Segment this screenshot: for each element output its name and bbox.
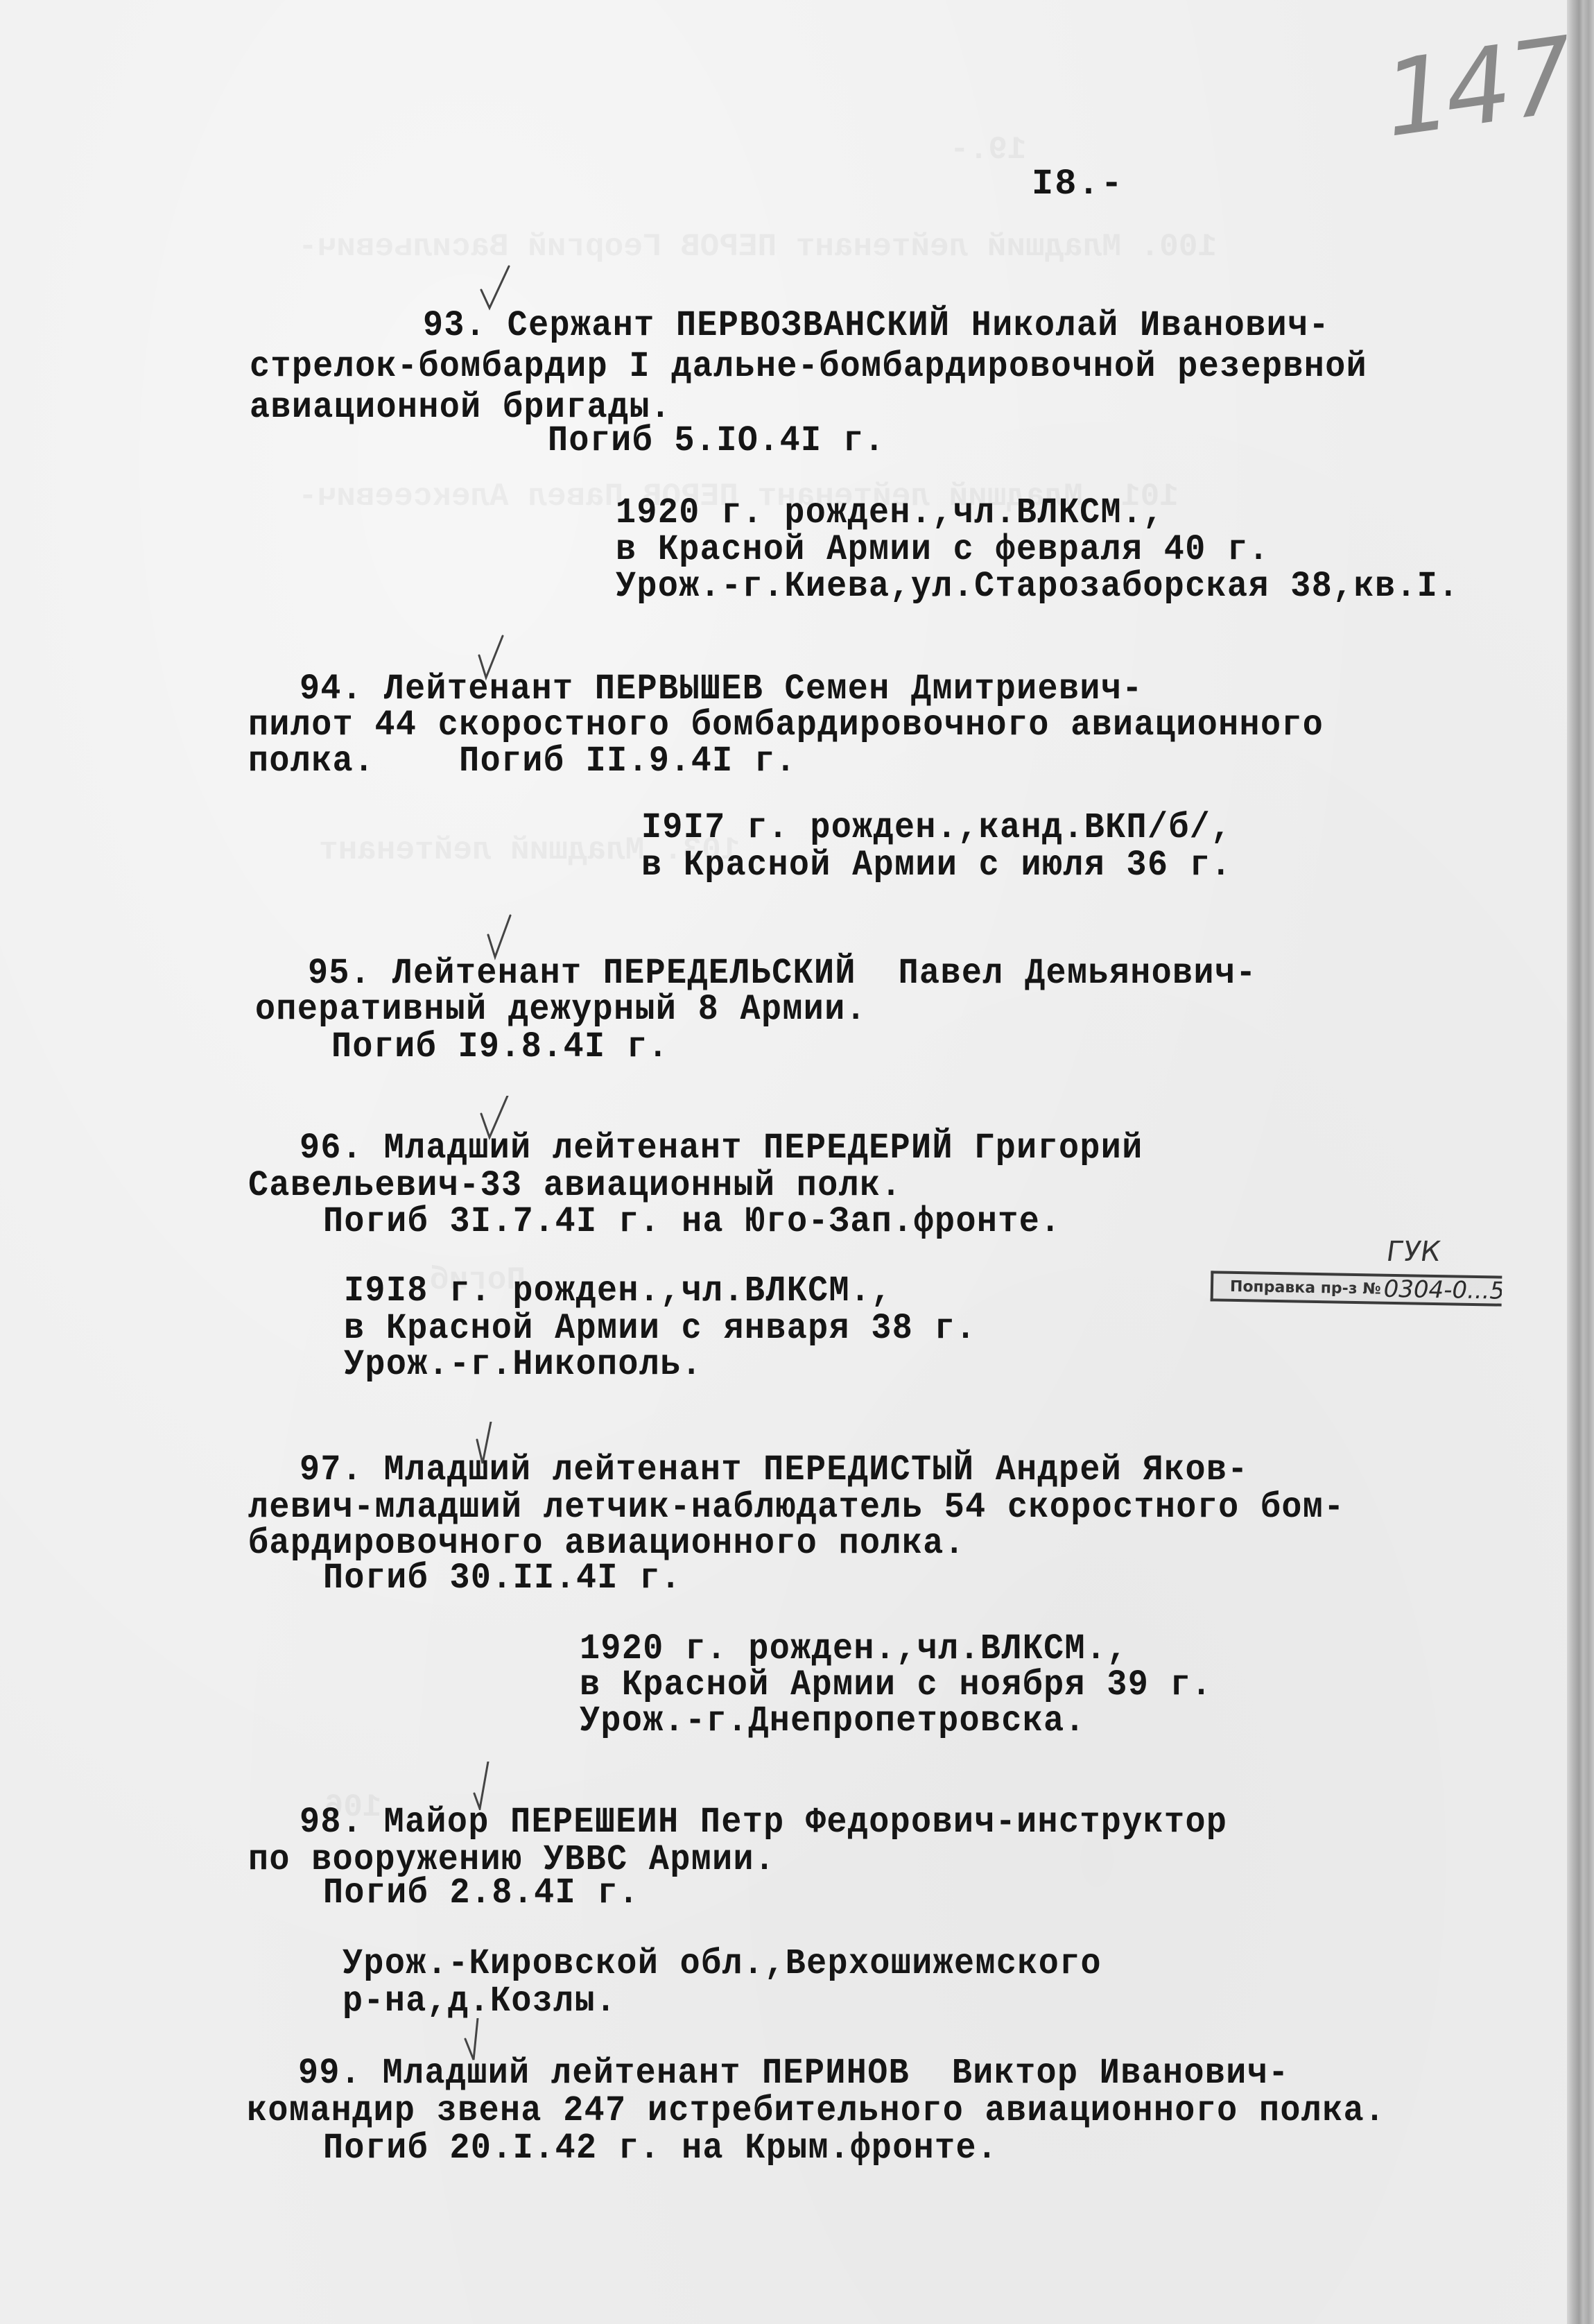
entry-line: пилот 44 скоростного бомбардировочного а… [248, 707, 1324, 743]
entry-line: 95. Лейтенант ПЕРЕДЕЛЬСКИЙ Павел Демьяно… [308, 956, 1257, 992]
entry-line: левич-младший летчик-наблюдатель 54 скор… [248, 1490, 1345, 1526]
stamp-handwritten-initials: ГУК [1385, 1236, 1443, 1268]
entry-line: полка. Погиб II.9.4I г. [248, 743, 797, 780]
entry-line: 97. Младший лейтенант ПЕРЕДИСТЫЙ Андрей … [300, 1452, 1249, 1488]
entry-line: 98. Майор ПЕРЕШЕИН Петр Федорович-инстру… [300, 1805, 1227, 1841]
handwritten-folio-number: 147 [1380, 14, 1573, 163]
entry-line: стрелок-бомбардир I дальне-бомбардировоч… [250, 349, 1367, 385]
stamp-label: Поправка пр-з № [1230, 1277, 1381, 1298]
bleed-line: 100. Младший лейтенант ПЕРОВ Георгий Вас… [298, 229, 1217, 265]
entry-line: I9I8 г. рожден.,чл.ВЛКСМ., [344, 1273, 892, 1309]
entry-line: 1920 г. рожден.,чл.ВЛКСМ., [616, 495, 1164, 531]
entry-line: оперативный дежурный 8 Армии. [255, 992, 867, 1028]
entry-line: 93. Сержант ПЕРВОЗВАНСКИЙ Николай Иванов… [423, 308, 1330, 344]
correction-stamp: Поправка пр-з № 0304-0...50 [1211, 1271, 1502, 1306]
scanned-page: 19.- 100. Младший лейтенант ПЕРОВ Георги… [0, 0, 1567, 2324]
entry-line: 96. Младший лейтенант ПЕРЕДЕРИЙ Григорий [300, 1130, 1143, 1167]
entry-line: Урож.-г.Киева,ул.Старозаборская 38,кв.I. [616, 569, 1459, 605]
entry-line: I9I7 г. рожден.,канд.ВКП/б/, [641, 810, 1232, 846]
entry-line: командир звена 247 истребительного авиац… [247, 2093, 1385, 2129]
death-date: Погиб 5.IO.4I г. [548, 423, 885, 459]
entry-line: в Красной Армии с января 38 г. [344, 1311, 976, 1347]
entry-line: в Красной Армии с июля 36 г. [641, 847, 1232, 884]
stamp-order-number: 0304-0...50 [1383, 1275, 1502, 1305]
entry-line: Савельевич-33 авиационный полк. [248, 1168, 902, 1204]
page-binding-edge [1567, 0, 1594, 2324]
entry-line: Урож.-Кировской обл.,Верхошижемского [343, 1946, 1102, 1982]
death-date: Погиб 3I.7.4I г. на Юго-Зап.фронте. [323, 1204, 1062, 1240]
entry-line: бардировочного авиационного полка. [248, 1526, 965, 1562]
entry-line: 1920 г. рожден.,чл.ВЛКСМ., [580, 1631, 1128, 1667]
death-date: Погиб 2.8.4I г. [323, 1875, 639, 1911]
entry-line: 99. Младший лейтенант ПЕРИНОВ Виктор Ива… [298, 2056, 1290, 2092]
death-date: Погиб 30.II.4I г. [323, 1560, 682, 1596]
entry-line: в Красной Армии с февраля 40 г. [616, 532, 1270, 568]
entry-line: 94. Лейтенант ПЕРВЫШЕВ Семен Дмитриевич- [300, 671, 1143, 707]
entry-line: в Красной Армии с ноября 39 г. [580, 1667, 1212, 1703]
death-date: Погиб I9.8.4I г. [331, 1029, 669, 1065]
entry-line: р-на,д.Козлы. [343, 1983, 616, 2020]
bleed-line: 19.- [950, 132, 1026, 168]
death-date: Погиб 20.I.42 г. на Крым.фронте. [323, 2131, 998, 2167]
page-number: I8.- [1032, 164, 1124, 205]
entry-line: Урож.-г.Никополь. [344, 1347, 702, 1383]
entry-line: Урож.-г.Днепропетровска. [580, 1703, 1086, 1739]
